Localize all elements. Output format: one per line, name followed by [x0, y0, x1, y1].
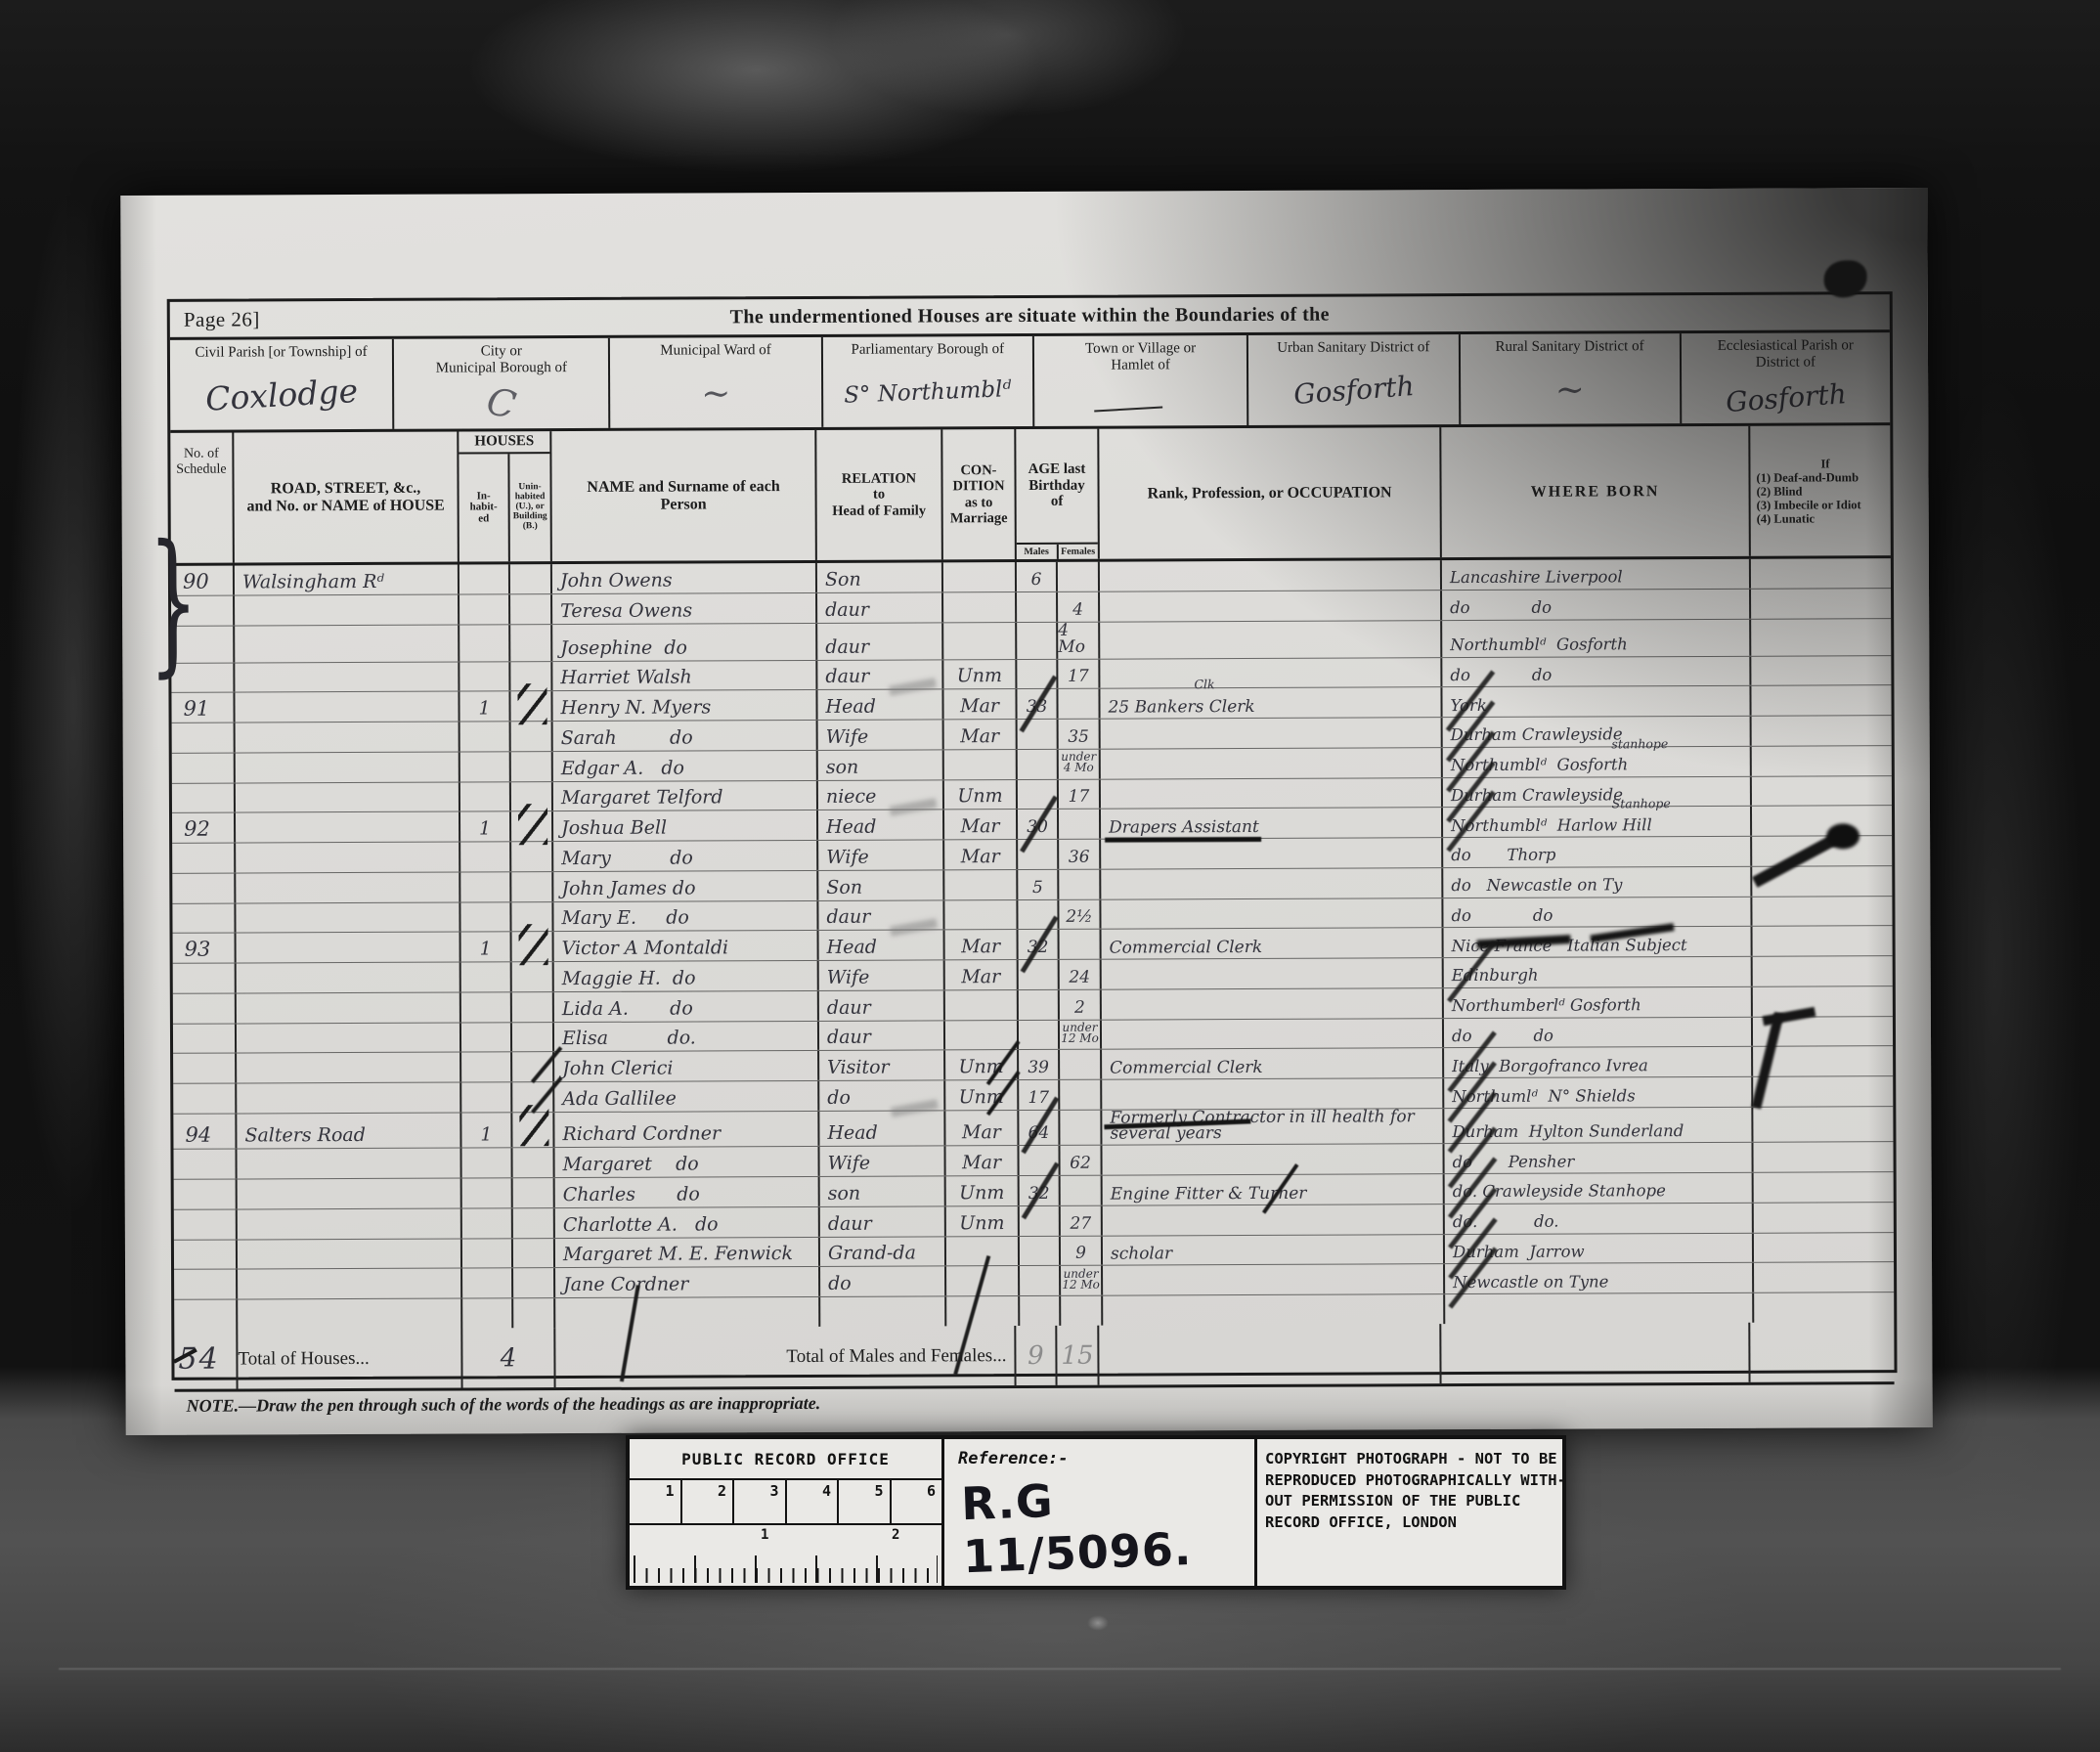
cell-inhabited: [460, 842, 511, 871]
cell-occupation: [1102, 1078, 1444, 1109]
reference-section: Reference:- R.G 11/5096.: [944, 1439, 1257, 1586]
cell-age-male: 39: [1019, 1050, 1060, 1079]
cell-age-male: [1018, 750, 1059, 779]
cell-schedule: [172, 844, 236, 873]
cell-age-female: [1060, 1080, 1102, 1110]
cell-infirmity: [1754, 1292, 1900, 1322]
cell-infirmity: [1751, 558, 1897, 588]
cell-age-male: [1017, 592, 1058, 622]
cell-infirmity: [1754, 1233, 1900, 1262]
cell-condition: Mar: [944, 720, 1018, 749]
cell-where-born: Northumblᵈ Harlow HillStanhope: [1443, 807, 1752, 837]
cell-age-female: [1060, 930, 1102, 959]
handwritten-value: ∼: [701, 360, 730, 428]
cell-where-born: Durham Crawleyside: [1443, 717, 1752, 747]
totals-row: 54 Total of Houses... 4 Total of Males a…: [174, 1322, 1894, 1392]
cell-condition: Mar: [944, 840, 1018, 869]
cell-age-female: 27: [1061, 1205, 1103, 1235]
cell-road: [238, 1269, 462, 1299]
handwritten-value: Gosforth: [1291, 352, 1416, 429]
census-form-page: Page 26] The undermentioned Houses are s…: [120, 188, 1933, 1435]
cell-road: [236, 752, 460, 782]
cell-relation: Grand-da: [820, 1237, 946, 1266]
cell-relation: Head: [817, 690, 943, 720]
cell-where-born: do Newcastle on Ty: [1443, 867, 1752, 898]
cell-condition: Mar: [945, 1111, 1019, 1146]
cell-age-female: [1061, 1296, 1103, 1326]
cell-road: Walsingham Rᵈ: [235, 565, 459, 595]
cell-name: [555, 1297, 820, 1328]
district-municipal-ward: Municipal Ward of ∼: [610, 337, 823, 428]
cell-occupation: Commercial Clerk: [1102, 929, 1444, 959]
cell-name: Victor A Montaldi: [554, 931, 819, 961]
cell-schedule: [172, 723, 236, 753]
cell-age-female: 2½: [1059, 899, 1101, 929]
cell-uninhabited: [510, 564, 552, 593]
cell-relation: Head: [818, 810, 944, 840]
cell-age-female: 9: [1061, 1236, 1103, 1265]
cell-occupation: Engine Fitter & Turner: [1103, 1174, 1445, 1204]
cell-uninhabited: [513, 1239, 555, 1268]
cell-age-male: [1020, 1296, 1061, 1326]
born-superscript: Stanhope: [1612, 798, 1671, 810]
cell-inhabited: [461, 1083, 512, 1113]
cell-condition: Unm: [946, 1206, 1020, 1236]
cell-road: [238, 1149, 462, 1179]
cell-name: Jane Cordner: [555, 1267, 820, 1297]
cell-inhabited: [460, 782, 511, 811]
cell-schedule: [174, 1300, 238, 1330]
cell-age-female: 35: [1059, 720, 1101, 749]
cell-infirmity: [1754, 1262, 1900, 1292]
cell-inhabited: [460, 722, 511, 751]
cell-infirmity: [1751, 589, 1897, 618]
cell-inhabited: [462, 1269, 513, 1298]
cell-relation: Visitor: [819, 1051, 945, 1080]
born-superscript: stanhope: [1611, 738, 1668, 751]
cell-age-female: [1058, 689, 1100, 719]
cell-infirmity: [1753, 956, 1899, 985]
header-houses: HOUSES In- habit- ed Unin- habited (U.),…: [459, 431, 552, 561]
cell-occupation: [1101, 898, 1443, 929]
cell-inhabited: 1: [459, 692, 510, 722]
cell-schedule: [174, 1180, 238, 1209]
cell-road: [235, 662, 459, 692]
header-condition: CON- DITION as to Marriage: [942, 429, 1017, 559]
handwritten-value: Coxlodge: [203, 357, 360, 433]
cell-age-female: [1059, 870, 1101, 899]
cell-inhabited: [462, 1239, 513, 1268]
header-where-born: WHERE BORN: [1441, 426, 1751, 557]
cell-uninhabited: [511, 722, 553, 751]
ink-smudge: [1737, 1011, 1825, 1118]
cell-condition: Unm: [946, 1176, 1020, 1205]
cell-occupation: Drapers Assistant: [1101, 809, 1443, 839]
cell-infirmity: [1754, 1203, 1900, 1232]
cell-road: [236, 812, 460, 843]
cell-road: [235, 692, 459, 723]
cell-where-born: [1445, 1293, 1754, 1324]
cell-schedule: [174, 1270, 238, 1299]
cell-age-female: 24: [1060, 960, 1102, 989]
cell-schedule: [173, 964, 237, 993]
cell-road: [237, 1053, 461, 1083]
scanned-census-photograph: Page 26] The undermentioned Houses are s…: [0, 0, 2100, 1752]
cell-age-female: [1060, 1111, 1102, 1145]
cell-road: [235, 594, 459, 625]
cell-uninhabited: [510, 625, 552, 661]
cell-infirmity: [1753, 1142, 1899, 1171]
cell-road: [238, 1208, 462, 1239]
cell-schedule: [173, 1054, 237, 1083]
page-number: Page 26]: [184, 307, 260, 331]
cell-inhabited: [461, 1053, 512, 1082]
cell-road: [235, 625, 459, 662]
footnote: NOTE.—Draw the pen through such of the w…: [187, 1393, 821, 1417]
handwritten-value: ∼: [1555, 356, 1585, 424]
cell-inhabited: [461, 962, 512, 991]
cell-age-female: [1060, 1050, 1102, 1079]
cell-road: [236, 872, 460, 902]
cell-where-born: Northumblᵈ Gosforthstanhope: [1443, 747, 1752, 777]
cell-condition: [946, 1296, 1020, 1326]
cell-relation: Son: [817, 562, 943, 591]
cell-name: Mary E. do: [553, 901, 818, 932]
cell-infirmity: [1751, 685, 1897, 715]
header-females: Females: [1058, 544, 1098, 558]
cell-uninhabited: [511, 842, 553, 871]
total-houses-label: Total of Houses...: [238, 1347, 460, 1370]
film-scratch: [59, 1668, 2061, 1670]
cell-age-female: 62: [1060, 1146, 1102, 1175]
cell-name: Elisa do.: [554, 1022, 819, 1052]
cell-condition: [943, 623, 1017, 659]
cell-name: John James do: [553, 871, 818, 901]
cell-road: [238, 1179, 462, 1209]
cell-occupation: scholar: [1103, 1235, 1445, 1265]
cell-condition: [944, 870, 1018, 899]
margin-brace: }: [149, 534, 198, 671]
cell-road: [238, 1299, 462, 1330]
schedule-total: 54: [174, 1330, 238, 1389]
cell-name: Henry N. Myers: [552, 690, 817, 721]
header-infirmity: If (1) Deaf-and-Dumb (2) Blind (3) Imbec…: [1750, 425, 1897, 556]
header-name: NAME and Surname of each Person: [551, 430, 817, 561]
cell-relation: [820, 1296, 946, 1326]
cell-road: [237, 1083, 461, 1114]
cell-age-male: 6: [1017, 562, 1058, 591]
district-town-village: Town or Village or Hamlet of: [1034, 335, 1249, 426]
cell-age-male: [1019, 990, 1060, 1020]
cell-inhabited: 1: [460, 812, 511, 842]
cell-uninhabited: [513, 1178, 555, 1207]
cell-condition: Unm: [943, 660, 1017, 689]
district-rural-sanitary: Rural Sanitary District of ∼: [1460, 333, 1682, 424]
header-age: AGE last Birthday of Males Females: [1016, 429, 1100, 559]
cell-infirmity: [1752, 716, 1898, 745]
cell-condition: [946, 1237, 1020, 1266]
header-uninhabited: Unin- habited (U.), or Building (B.): [509, 454, 549, 561]
cell-age-female: [1058, 562, 1100, 591]
cell-relation: Head: [819, 931, 945, 960]
cell-inhabited: [460, 902, 511, 932]
cell-inhabited: [459, 662, 510, 691]
cell-schedule: [173, 1084, 237, 1114]
cell-schedule: [174, 1209, 238, 1239]
cell-schedule: 94: [173, 1115, 237, 1150]
cell-condition: Mar: [943, 689, 1017, 719]
cell-relation: daur: [817, 592, 943, 622]
cell-occupation: [1103, 1264, 1445, 1294]
cell-inhabited: [462, 1208, 513, 1238]
cell-condition: [944, 750, 1018, 779]
cell-schedule: [174, 1240, 238, 1269]
cell-name: Teresa Owens: [552, 593, 817, 624]
cell-uninhabited: [512, 1148, 554, 1177]
cell-relation: Wife: [818, 720, 944, 749]
cell-where-born: Northumblᵈ Gosforth: [1442, 619, 1751, 656]
cell-where-born: Newcastle on Tyne: [1445, 1263, 1754, 1293]
cell-inhabited: [461, 992, 512, 1022]
cell-name: Harriet Walsh: [552, 660, 817, 690]
cell-occupation: [1101, 718, 1443, 748]
header-relation: RELATION to Head of Family: [816, 429, 943, 560]
cell-inhabited: [459, 625, 510, 661]
district-urban-sanitary: Urban Sanitary District of Gosforth: [1248, 334, 1461, 425]
handwritten-value: C: [482, 374, 520, 430]
cell-relation: do: [820, 1267, 946, 1296]
cell-occupation: 25 Bankers ClerkClk: [1100, 687, 1442, 718]
cell-where-born: do. Crawleyside Stanhope: [1445, 1173, 1754, 1204]
cell-age-female: [1061, 1176, 1103, 1205]
cell-age-male: 5: [1018, 870, 1059, 899]
ruler-ticks: [634, 1555, 938, 1583]
total-houses-value: 4: [462, 1328, 555, 1387]
cell-schedule: 91: [171, 693, 235, 723]
cell-age-female: 4 Mo: [1058, 622, 1100, 658]
pro-title: PUBLIC RECORD OFFICE: [630, 1439, 941, 1480]
cell-condition: [943, 562, 1017, 591]
district-parliamentary-borough: Parliamentary Borough of S° Northumblᵈ: [823, 336, 1035, 427]
cell-occupation: [1102, 958, 1444, 988]
total-males-value: 9: [1016, 1326, 1057, 1385]
cell-occupation: [1102, 988, 1444, 1019]
cell-name: Margaret M. E. Fenwick: [555, 1238, 820, 1268]
cell-uninhabited: [512, 962, 554, 991]
census-rows: 90 Walsingham Rᵈ John Owens Son 6 Lancas…: [171, 558, 1894, 1330]
ruler-inch-scale: 1 2: [630, 1525, 941, 1586]
cell-road: [236, 782, 460, 812]
cell-relation: Wife: [819, 1147, 945, 1176]
cell-infirmity: [1752, 776, 1898, 806]
cell-occupation: [1103, 1204, 1445, 1235]
column-header-row: No. of Schedule ROAD, STREET, &c., and N…: [170, 425, 1891, 566]
cell-occupation: [1103, 1294, 1445, 1325]
cell-occupation: [1100, 591, 1442, 621]
ruler-cm-scale: 1 2 3 4 5 6: [630, 1480, 941, 1525]
cell-condition: [944, 900, 1018, 930]
cell-age-female: 4: [1058, 591, 1100, 621]
cell-road: [237, 1023, 461, 1053]
cell-name: Charlotte A. do: [555, 1207, 820, 1238]
cell-age-female: 17: [1059, 779, 1101, 809]
header-males: Males: [1017, 545, 1059, 559]
cell-name: John Owens: [552, 563, 817, 593]
reference-label: Reference:-: [958, 1449, 1069, 1468]
cell-relation: son: [818, 750, 944, 779]
cell-where-born: do do: [1442, 590, 1751, 620]
cell-relation: Wife: [818, 840, 944, 869]
cell-inhabited: 1: [461, 933, 512, 962]
cell-occupation: [1101, 838, 1443, 868]
pen-stroke: [1094, 407, 1162, 413]
cell-age-female: 17: [1058, 659, 1100, 688]
cell-inhabited: [460, 752, 511, 781]
cell-infirmity: [1754, 1172, 1900, 1202]
cell-occupation: [1100, 658, 1442, 688]
cell-inhabited: 1: [461, 1113, 512, 1148]
cell-condition: [945, 1021, 1019, 1050]
cell-inhabited: [459, 564, 510, 593]
cell-uninhabited: [512, 1023, 554, 1052]
cell-infirmity: [1752, 746, 1898, 775]
cell-schedule: [173, 993, 237, 1023]
cell-age-female: under 12 Mo: [1061, 1266, 1103, 1295]
cell-name: Ada Gallilee: [554, 1081, 819, 1112]
cell-relation: Wife: [819, 961, 945, 990]
form-banner: The undermentioned Houses are situate wi…: [170, 301, 1890, 331]
cell-infirmity: [1751, 656, 1897, 685]
copyright-notice: COPYRIGHT PHOTOGRAPH - NOT TO BE REPRODU…: [1257, 1439, 1562, 1586]
cell-condition: [943, 592, 1017, 622]
cell-relation: daur: [820, 1206, 946, 1236]
cell-inhabited: [460, 872, 511, 901]
cell-where-born: Edinburgh: [1444, 957, 1753, 987]
cell-road: [236, 902, 460, 933]
cell-occupation: [1101, 778, 1443, 809]
cell-relation: daur: [819, 1021, 945, 1050]
cell-relation: Son: [818, 870, 944, 899]
header-inhabited: In- habit- ed: [459, 454, 509, 561]
cell-age-female: [1059, 810, 1101, 839]
occupation-superscript: Clk: [1194, 679, 1214, 690]
cell-name: Sarah do: [553, 721, 818, 751]
cell-uninhabited: [513, 1298, 555, 1328]
cell-road: [237, 963, 461, 993]
cell-occupation: [1101, 748, 1443, 778]
cell-uninhabited: [511, 752, 553, 781]
header-road: ROAD, STREET, &c., and No. or NAME of HO…: [234, 432, 459, 563]
cell-schedule: [172, 753, 236, 782]
cell-name: Joshua Bell: [553, 810, 818, 841]
cell-condition: Mar: [945, 930, 1019, 959]
cell-uninhabited: [513, 1268, 555, 1297]
cell-age-female: 36: [1059, 840, 1101, 869]
cell-age-female: under 12 Mo: [1060, 1020, 1102, 1049]
cell-condition: Unm: [944, 780, 1018, 810]
cell-schedule: [172, 873, 236, 902]
district-civil-parish: Civil Parish [or Township] of Coxlodge: [170, 339, 395, 430]
cell-uninhabited: [511, 872, 553, 901]
cell-relation: Head: [819, 1111, 945, 1146]
cell-road: [237, 933, 461, 963]
cell-age-male: [1020, 1236, 1061, 1265]
handwritten-value: S° Northumblᵈ: [843, 355, 1013, 429]
cell-where-born: do. do.: [1445, 1204, 1754, 1234]
cell-schedule: [172, 783, 236, 812]
header-occupation: Rank, Profession, or OCCUPATION: [1099, 427, 1442, 559]
cell-where-born: do Thorp: [1443, 837, 1752, 867]
cell-occupation: [1100, 621, 1442, 659]
cell-inhabited: [461, 1023, 512, 1052]
cell-road: [238, 1239, 462, 1269]
cell-relation: daur: [817, 623, 943, 660]
reference-number: R.G 11/5096.: [960, 1467, 1256, 1583]
cell-inhabited: [462, 1178, 513, 1207]
district-ecclesiastical: Ecclesiastical Parish or District of Gos…: [1682, 332, 1891, 423]
cell-age-female: under 4 Mo: [1059, 749, 1101, 778]
cell-occupation: [1102, 1019, 1444, 1049]
cell-name: Josephine do: [552, 623, 817, 660]
cell-age-male: [1017, 622, 1058, 658]
district-city-borough: City or Municipal Borough of C: [394, 338, 611, 429]
cell-name: Margaret Telford: [553, 781, 818, 811]
cell-occupation: [1101, 868, 1443, 898]
cell-age-male: [1020, 1266, 1061, 1295]
cell-road: [236, 723, 460, 753]
pro-ruler: PUBLIC RECORD OFFICE 1 2 3 4 5 6 1 2: [630, 1439, 944, 1586]
total-females-value: 15: [1057, 1326, 1099, 1385]
cell-condition: Mar: [945, 1146, 1019, 1175]
cell-condition: Mar: [945, 960, 1019, 989]
ink-smudge: [1738, 821, 1865, 920]
cell-relation: daur: [819, 990, 945, 1020]
cell-name: Margaret do: [554, 1147, 819, 1177]
cell-name: Richard Cordner: [554, 1112, 819, 1147]
cell-road: [236, 843, 460, 873]
cell-uninhabited: [512, 992, 554, 1022]
cell-inhabited: [462, 1298, 513, 1328]
cell-condition: [945, 990, 1019, 1020]
cell-name: Edgar A. do: [553, 751, 818, 781]
cell-occupation: [1100, 560, 1442, 591]
pro-stamp: PUBLIC RECORD OFFICE 1 2 3 4 5 6 1 2 Ref…: [626, 1435, 1566, 1590]
cell-schedule: [173, 1024, 237, 1053]
cell-where-born: Lancashire Liverpool: [1442, 559, 1751, 590]
cell-age-female: 2: [1060, 990, 1102, 1020]
cell-schedule: 92: [172, 813, 236, 843]
cell-occupation: Commercial Clerk: [1102, 1049, 1444, 1079]
cell-where-born: Northumberlᵈ Gosforth: [1444, 987, 1753, 1018]
cell-age-male: [1019, 1021, 1060, 1050]
cell-name: John Clerici: [554, 1051, 819, 1081]
cell-infirmity: [1753, 927, 1899, 956]
cell-uninhabited: [510, 594, 552, 624]
cell-schedule: [174, 1150, 238, 1179]
cell-uninhabited: [513, 1208, 555, 1238]
cell-occupation: Formerly Contractor in ill health for se…: [1102, 1109, 1444, 1145]
cell-name: Mary do: [553, 841, 818, 871]
cell-name: Lida A. do: [554, 991, 819, 1022]
cell-occupation: [1102, 1144, 1444, 1174]
cell-road: Salters Road: [237, 1114, 461, 1149]
district-header-band: Civil Parish [or Township] of Coxlodge C…: [170, 332, 1890, 433]
cell-road: [237, 992, 461, 1023]
cell-schedule: 93: [173, 934, 237, 963]
film-blemish: [1087, 1615, 1109, 1631]
cell-name: Maggie H. do: [554, 961, 819, 991]
cell-name: Charles do: [555, 1177, 820, 1207]
